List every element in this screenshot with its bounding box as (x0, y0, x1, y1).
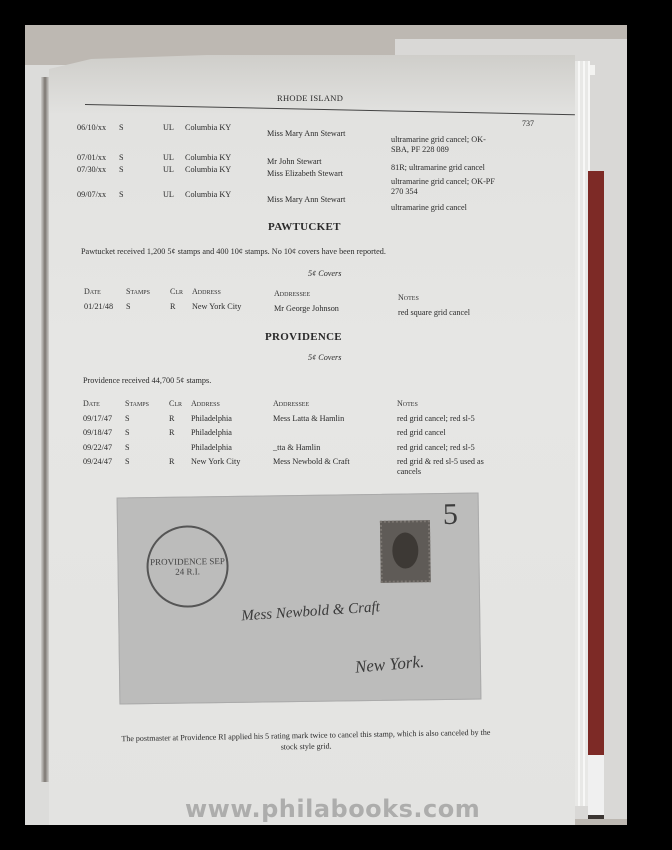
providence-subtitle: 5¢ Covers (308, 353, 341, 362)
pawtucket-intro: Pawtucket received 1,200 5¢ stamps and 4… (81, 247, 386, 256)
handwritten-city: New York. (354, 652, 425, 678)
book-photo: RHODE ISLAND 737 06/10/xx S UL Columbia … (25, 25, 627, 825)
rate-mark: 5 (443, 498, 458, 532)
table-row: 07/30/xx S UL Columbia KY Miss Elizabeth… (77, 165, 537, 189)
stamp-portrait (392, 532, 419, 568)
pawtucket-subtitle: 5¢ Covers (308, 269, 341, 278)
running-head: RHODE ISLAND (277, 93, 343, 103)
section-title-providence: PROVIDENCE (265, 331, 342, 343)
postmark-circle: PROVIDENCE SEP 24 R.I. (146, 525, 229, 608)
postage-stamp (380, 520, 431, 583)
handwritten-addressee: Mess Newbold & Craft (241, 599, 381, 625)
table-row: 06/10/xx S UL Columbia KY Miss Mary Ann … (77, 123, 537, 149)
cover-photograph: PROVIDENCE SEP 24 R.I. 5 Mess Newbold & … (117, 492, 482, 704)
section-title-pawtucket: PAWTUCKET (268, 221, 341, 233)
figure-caption: The postmaster at Providence RI applied … (121, 727, 491, 755)
watermark: www.philabooks.com (185, 795, 480, 823)
header-rule (85, 104, 575, 115)
page-content: RHODE ISLAND 737 06/10/xx S UL Columbia … (25, 25, 627, 825)
table-row: 09/07/xx S UL Columbia KY Miss Mary Ann … (77, 190, 537, 214)
providence-intro: Providence received 44,700 5¢ stamps. (83, 376, 211, 385)
